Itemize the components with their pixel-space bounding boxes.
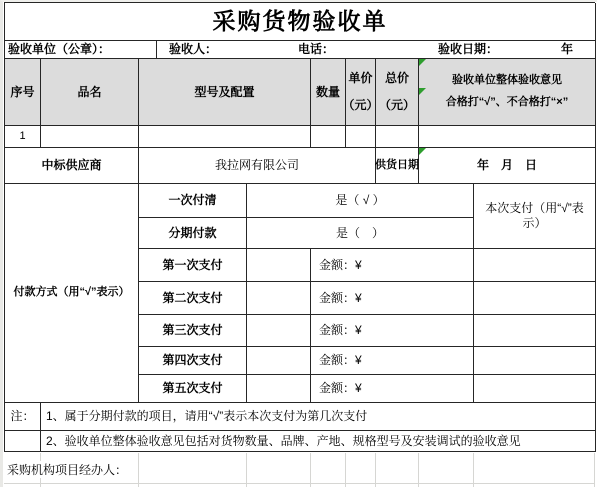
phone-label: 电话： xyxy=(298,42,334,57)
item-total-price-cell[interactable] xyxy=(376,126,419,148)
payment-row-value[interactable]: 是（ √ ） xyxy=(247,184,474,218)
supply-date-label: 供货日期 xyxy=(376,148,419,184)
payment-amount-cell[interactable]: 金额：¥ xyxy=(311,347,474,375)
payment-row-name: 第五次支付 xyxy=(139,375,247,403)
payment-check-cell[interactable] xyxy=(247,315,311,347)
comment-triangle-icon xyxy=(419,59,426,66)
payment-amount-cell[interactable]: 金额：¥ xyxy=(311,315,474,347)
item-opinion-cell[interactable] xyxy=(419,126,596,148)
note-item: 2、验收单位整体验收意见包括对货物数量、品牌、产地、规格型号及安装调试的验收意见 xyxy=(41,431,596,452)
header-unit-price-line2: （元） xyxy=(343,98,379,113)
payment-row-value[interactable]: 是（ ） xyxy=(247,218,474,249)
this-payment-note: 本次支付（用“√”表示） xyxy=(474,184,596,249)
header-model: 型号及配置 xyxy=(139,59,311,126)
this-payment-mark-cell[interactable] xyxy=(474,315,596,347)
gridline xyxy=(4,483,595,484)
notes-label: 注： xyxy=(5,403,41,431)
header-total-price-line2: （元） xyxy=(379,98,415,113)
info-divider xyxy=(156,41,157,58)
form-page: 采购货物验收单 验收单位（公章）： 验收人： 电话： 验收日期： 年 序号 品名… xyxy=(0,0,597,487)
supplier-label: 中标供应商 xyxy=(5,148,139,184)
gridline xyxy=(310,453,311,487)
this-payment-mark-cell[interactable] xyxy=(474,347,596,375)
item-model-cell[interactable] xyxy=(139,126,311,148)
header-unit-price-line1: 单价 xyxy=(348,71,372,86)
item-seq-cell: 1 xyxy=(5,126,41,148)
gridline xyxy=(473,453,474,487)
payment-check-cell[interactable] xyxy=(247,282,311,315)
gridline xyxy=(246,453,247,487)
payment-amount-cell[interactable]: 金额：¥ xyxy=(311,375,474,403)
acceptance-form-table: 采购货物验收单 验收单位（公章）： 验收人： 电话： 验收日期： 年 序号 品名… xyxy=(4,2,595,452)
payment-row-name: 第二次支付 xyxy=(139,282,247,315)
inspector-label: 验收人： xyxy=(169,42,217,57)
header-name: 品名 xyxy=(41,59,139,126)
unit-label: 验收单位（公章）： xyxy=(8,42,110,57)
acceptance-form: 采购货物验收单 验收单位（公章）： 验收人： 电话： 验收日期： 年 序号 品名… xyxy=(4,2,595,452)
header-seq: 序号 xyxy=(5,59,41,126)
gridline xyxy=(594,453,595,487)
date-label: 验收日期： xyxy=(438,42,498,57)
note-item: 1、属于分期付款的项目，请用“√”表示本次支付为第几次支付 xyxy=(41,403,596,431)
form-title: 采购货物验收单 xyxy=(5,3,596,41)
payment-check-cell[interactable] xyxy=(247,249,311,282)
gridline xyxy=(138,453,139,487)
payment-row-name: 分期付款 xyxy=(139,218,247,249)
payment-row-name: 一次付清 xyxy=(139,184,247,218)
payment-method-label: 付款方式（用“√”表示） xyxy=(5,184,139,403)
supply-date-value[interactable]: 年 月 日 xyxy=(419,148,596,184)
payment-row-name: 第三次支付 xyxy=(139,315,247,347)
comment-triangle-icon xyxy=(419,148,426,155)
supplier-value: 我拉网有限公司 xyxy=(139,148,376,184)
payment-amount-cell[interactable]: 金额：¥ xyxy=(311,282,474,315)
gridline xyxy=(375,453,376,487)
payment-row-name: 第四次支付 xyxy=(139,347,247,375)
header-opinion: 验收单位整体验收意见 合格打“√”、不合格打“×” xyxy=(419,59,596,126)
header-unit-price: 单价 （元） xyxy=(346,59,376,126)
date-year-suffix: 年 xyxy=(561,42,573,57)
info-bar: 验收单位（公章）： 验收人： 电话： 验收日期： 年 xyxy=(5,41,596,59)
this-payment-mark-cell[interactable] xyxy=(474,375,596,403)
gridline xyxy=(345,453,346,487)
header-total-price: 总价 （元） xyxy=(376,59,419,126)
item-name-cell[interactable] xyxy=(41,126,139,148)
payment-row-name: 第一次支付 xyxy=(139,249,247,282)
header-opinion-note: 合格打“√”、不合格打“×” xyxy=(446,96,568,110)
header-opinion-title: 验收单位整体验收意见 xyxy=(452,74,562,88)
supply-date-text: 年 月 日 xyxy=(477,158,537,173)
this-payment-mark-cell[interactable] xyxy=(474,249,596,282)
payment-amount-cell[interactable]: 金额：¥ xyxy=(311,249,474,282)
item-qty-cell[interactable] xyxy=(311,126,346,148)
payment-check-cell[interactable] xyxy=(247,347,311,375)
footer-strip: 采购机构项目经办人： xyxy=(4,453,595,487)
this-payment-mark-cell[interactable] xyxy=(474,282,596,315)
header-qty: 数量 xyxy=(311,59,346,126)
header-total-price-line1: 总价 xyxy=(385,71,409,86)
comment-triangle-icon xyxy=(419,88,426,95)
item-unit-price-cell[interactable] xyxy=(346,126,376,148)
notes-label-empty xyxy=(5,431,41,452)
gridline xyxy=(418,453,419,487)
payment-check-cell[interactable] xyxy=(247,375,311,403)
agent-label: 采购机构项目经办人： xyxy=(7,461,131,478)
